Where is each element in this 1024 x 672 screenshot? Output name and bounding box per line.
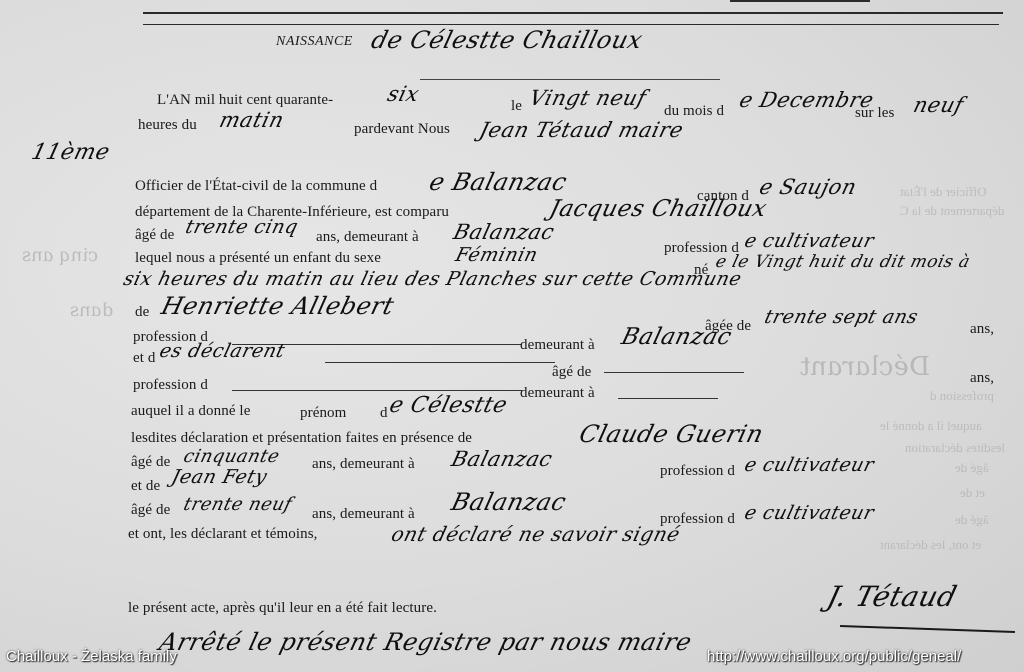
mayor-signature: J. Tétaud [824,580,961,613]
ghost-print-7: et de [960,485,985,501]
ghost-print-3: profession d [930,388,994,404]
line19-hw-closing: Arrêté le présent Registre par nous mair… [157,628,695,656]
line15-printed-etde: et de [131,478,160,495]
ghost-print-5: lesdites déclaration [905,440,1005,456]
line15-hw-witness2: Jean Fety [169,466,269,488]
ghost-print-6: âgé de [955,460,989,476]
line14-printed-profession: profession d [660,463,735,480]
line5-hw-profession: e cultivateur [742,230,876,252]
line11-printed-profession: profession d [133,377,208,394]
line16-hw-profession: e cultivateur [742,502,876,524]
line13-hw-witness1: Claude Guerin [577,420,767,448]
line1-printed-year: L'AN mil huit cent quarante- [157,92,333,109]
line11-blank-profession [232,390,522,391]
ghost-print-2: département de la C [900,203,1004,219]
line8-hw-mother-age: trente sept ans [762,306,920,328]
line2-hw-period: matin [217,108,287,132]
line12-hw-firstname: e Célestte [387,393,510,418]
line14-hw-age: cinquante [181,446,282,467]
line8-printed-ans: ans, [970,321,994,338]
line6-printed-lequel: lequel nous a présenté un enfant du sexe [135,250,381,267]
line14-hw-residence: Balanzac [449,447,555,471]
line9-hw-residence: Balanzac [619,324,735,350]
watermark-family: Chailloux - Żelaska family [6,648,177,665]
line11-printed-demeurant: demeurant à [520,385,595,402]
line5-printed-age: âgé de [135,227,174,244]
line14-printed-demeurant: ans, demeurant à [312,456,415,473]
line12-printed-d: d [380,405,388,422]
line12-printed-auquel: auquel il a donné le [131,403,250,420]
line14-printed-age: âgé de [131,454,170,471]
top-right-bar [730,0,870,2]
line16-hw-age: trente neuf [181,494,294,515]
line10-printed-ans: ans, [970,370,994,387]
title-underline [420,79,720,80]
record-title-printed: NAISSANCE [276,34,353,50]
line10-printed-age: âgé de [552,364,591,381]
line7-hw-continuation: six heures du matin au lieu des Planches… [121,268,744,290]
scanned-birth-record: cinq ans dans Déclarant Officier de l'Ét… [0,0,1024,672]
line6-hw-born: e le Vingt huit du dit mois à [714,252,973,272]
ghost-handwriting-right-1: Déclarant [797,352,932,382]
line16-printed-demeurant: ans, demeurant à [312,506,415,523]
top-rule-thin [143,24,999,25]
ghost-print-9: et ont, les déclarant [880,537,981,553]
line6-hw-sex: Féminin [453,244,540,266]
ghost-print-8: âgé de [955,512,989,528]
line10-blank-age [604,372,744,373]
line1-hw-year: six [385,82,422,106]
ghost-print-4: auquel il a donné le [880,418,982,434]
line2-hw-officer: Jean Tétaud maire [477,118,686,142]
line1-hw-day: Vingt neuf [527,86,649,110]
line2-printed-heures: heures du [138,117,197,134]
line10-printed-etd: et d [133,350,155,367]
line1-printed-le: le [511,98,522,115]
line13-printed-lesdites: lesdites déclaration et présentation fai… [131,430,472,447]
top-rule-thick [143,12,1003,14]
line8-printed-de: de [135,304,149,321]
line3-printed-officier: Officier de l'État-civil de la commune d [135,178,377,195]
signature-flourish [840,625,1015,633]
ghost-print-1: Officier de l'État [900,184,987,200]
line8-hw-mother: Henriette Allebert [159,292,398,320]
line16-hw-residence: Balanzac [449,488,570,516]
line5-hw-age: trente cinq [183,216,300,238]
line18-printed-lecture: le présent acte, après qu'il leur en a é… [128,600,437,617]
line11-blank-residence [618,398,718,399]
line17-printed-etont: et ont, les déclarant et témoins, [128,526,318,543]
margin-note: 11ème [29,140,113,165]
line10-blank [325,362,555,363]
line12-printed-prenom: prénom [300,405,346,422]
line1-printed-surles: sur les [855,105,894,122]
line17-hw-text: ont déclaré ne savoir signé [389,522,683,546]
line4-hw-declarant: Jacques Chailloux [547,196,770,222]
line1-hw-hour: neuf [911,93,966,117]
line2-printed-pardevant: pardevant Nous [354,121,450,138]
line5-printed-demeurant: ans, demeurant à [316,229,419,246]
line10-hw-declarent: es déclarent [157,340,287,362]
record-title-handwritten: de Célestte Chailloux [369,26,646,54]
watermark-url: http://www.chailloux.org/public/geneal/ [707,648,961,665]
line5-hw-residence: Balanzac [451,220,557,244]
line14-hw-profession: e cultivateur [742,454,876,476]
line3-hw-commune: e Balanzac [427,168,571,196]
ghost-handwriting-left-1: cinq ans [20,245,100,266]
line16-printed-age: âgé de [131,502,170,519]
line9-printed-demeurant: demeurant à [520,337,595,354]
line3-hw-canton: e Saujon [757,175,859,199]
ghost-handwriting-left-2: dans [68,300,115,321]
